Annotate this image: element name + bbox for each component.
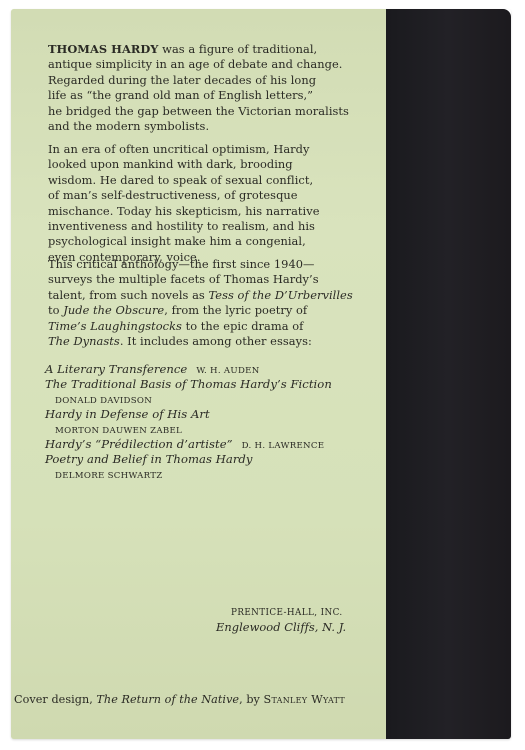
drama-title: The Dynasts <box>48 334 120 348</box>
publisher-imprint: PRENTICE-HALL, INC. Englewood Cliffs, N.… <box>216 606 376 634</box>
essay-title: A Literary Transference <box>45 362 187 376</box>
assessment-line: mischance. Today his skepticism, his nar… <box>48 204 378 219</box>
credit-middle: , by <box>239 693 263 706</box>
assessment-line: of man’s self-destructiveness, of grotes… <box>48 188 378 203</box>
anthology-line: Time’s Laughingstocks to the epic drama … <box>48 319 378 334</box>
novel-title: Tess of the D’Urbervilles <box>209 288 353 302</box>
cover-design-credit: Cover design, The Return of the Native, … <box>14 692 345 707</box>
anthology-text: talent, from such novels as <box>48 288 209 302</box>
essay-item: Poetry and Belief in Thomas Hardy <box>45 452 385 467</box>
publisher-location: Englewood Cliffs, N. J. <box>216 620 376 634</box>
essay-title: Hardy in Defense of His Art <box>45 407 210 421</box>
anthology-line: to Jude the Obscure, from the lyric poet… <box>48 303 378 318</box>
essay-title: The Traditional Basis of Thomas Hardy’s … <box>45 377 332 391</box>
anthology-paragraph: This critical anthology—the first since … <box>48 257 378 349</box>
essay-item: Hardy’s “Prédilection d’artiste”D. H. LA… <box>45 437 385 452</box>
essay-author-row: MORTON DAUWEN ZABEL <box>45 422 385 437</box>
essay-title: Hardy’s “Prédilection d’artiste” <box>45 437 233 451</box>
assessment-line: In an era of often uncritical optimism, … <box>48 142 378 157</box>
essay-title: Poetry and Belief in Thomas Hardy <box>45 452 253 466</box>
essay-author: DELMORE SCHWARTZ <box>55 471 163 481</box>
cover-text-panel: THOMAS HARDY was a figure of traditional… <box>11 9 386 739</box>
intro-line: antique simplicity in an age of debate a… <box>48 57 378 72</box>
intro-paragraph: THOMAS HARDY was a figure of traditional… <box>48 42 378 134</box>
essay-author-row: DONALD DAVIDSON <box>45 392 385 407</box>
essay-item: A Literary TransferenceW. H. AUDEN <box>45 362 385 377</box>
credit-artwork-title: The Return of the Native <box>96 693 239 706</box>
essay-item: The Traditional Basis of Thomas Hardy’s … <box>45 377 385 392</box>
intro-line: and the modern symbolists. <box>48 119 378 134</box>
assessment-paragraph: In an era of often uncritical optimism, … <box>48 142 378 265</box>
book-back-cover: THOMAS HARDY was a figure of traditional… <box>11 9 511 739</box>
anthology-text: . It includes among other essays: <box>120 334 312 348</box>
essay-author: D. H. LAWRENCE <box>242 441 325 451</box>
intro-line: he bridged the gap between the Victorian… <box>48 104 378 119</box>
assessment-line: looked upon mankind with dark, brooding <box>48 157 378 172</box>
anthology-text: , from the lyric poetry of <box>164 303 307 317</box>
intro-line: was a figure of traditional, <box>158 42 317 56</box>
author-name-lead: THOMAS HARDY <box>48 42 158 56</box>
essay-author: DONALD DAVIDSON <box>55 396 152 406</box>
anthology-line: surveys the multiple facets of Thomas Ha… <box>48 272 378 287</box>
anthology-text: to <box>48 303 63 317</box>
publisher-name: PRENTICE-HALL, INC. <box>216 606 376 620</box>
essay-author: MORTON DAUWEN ZABEL <box>55 426 182 436</box>
essay-author: W. H. AUDEN <box>196 366 259 376</box>
credit-prefix: Cover design, <box>14 693 96 706</box>
novel-title: Jude the Obscure <box>63 303 164 317</box>
dark-spine-band <box>386 9 511 739</box>
anthology-line: talent, from such novels as Tess of the … <box>48 288 378 303</box>
anthology-line: The Dynasts. It includes among other ess… <box>48 334 378 349</box>
intro-line: Regarded during the later decades of his… <box>48 73 378 88</box>
assessment-line: psychological insight make him a congeni… <box>48 234 378 249</box>
essay-list: A Literary TransferenceW. H. AUDEN The T… <box>45 362 385 482</box>
anthology-text: to the epic drama of <box>182 319 304 333</box>
essay-item: Hardy in Defense of His Art <box>45 407 385 422</box>
assessment-line: inventiveness and hostility to realism, … <box>48 219 378 234</box>
anthology-line: This critical anthology—the first since … <box>48 257 378 272</box>
poetry-title: Time’s Laughingstocks <box>48 319 182 333</box>
intro-line: life as “the grand old man of English le… <box>48 88 378 103</box>
credit-designer: Stanley Wyatt <box>264 693 346 706</box>
assessment-line: wisdom. He dared to speak of sexual conf… <box>48 173 378 188</box>
essay-author-row: DELMORE SCHWARTZ <box>45 467 385 482</box>
